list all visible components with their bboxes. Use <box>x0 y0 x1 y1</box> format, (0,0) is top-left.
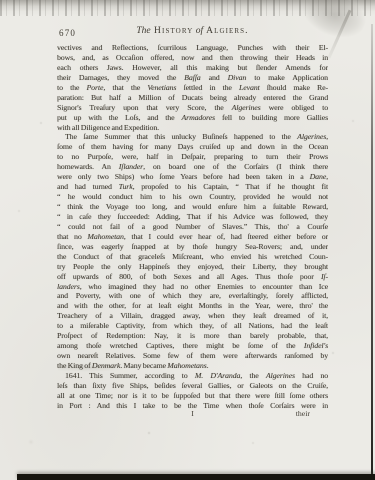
text-line: paration: But half a Million of Ducats b… <box>57 93 328 103</box>
text-line: all at one Time; nor is it to be ſuppoſe… <box>57 391 328 401</box>
scanned-book-page: 670 The History of Algiers. vectives and… <box>0 0 375 480</box>
text-line: to a miſerable Captivity, from which the… <box>57 321 328 331</box>
text-line: to the Porte, that the Venetians ſettled… <box>57 83 328 93</box>
text-line: the Conduct of that graceleſs Miſcreant,… <box>57 252 328 262</box>
text-line: bows, and, as Occaſion offered, now and … <box>57 53 328 63</box>
text-line: that no Mahometan, that I could ever hea… <box>57 232 328 242</box>
page-header: 670 The History of Algiers. <box>57 26 328 39</box>
catchword: their <box>296 409 310 418</box>
text-line: the King of Denmark. Many became Mahomet… <box>57 361 328 371</box>
scan-edge-right <box>371 24 373 480</box>
page-footer: I their <box>57 409 328 421</box>
text-line: to no Purpoſe, were, half in Deſpair, pr… <box>57 152 328 162</box>
text-line: homewards. An Iſlander, on board one of … <box>57 162 328 172</box>
text-line: 1641. This Summer, according to M. D'Ara… <box>57 371 328 381</box>
text-line: leſs than ſixty five Ships, beſides ſeve… <box>57 381 328 391</box>
text-line: landers, who imagined they had no other … <box>57 282 328 292</box>
text-line: vectives and Reflections, ſcurrilous Lan… <box>57 43 328 53</box>
text-line: “ in caſe they ſucceeded: Adding, That i… <box>57 212 328 222</box>
text-line: “ think the Voyage too long, and would e… <box>57 202 328 212</box>
scan-edge-bottom <box>17 474 375 480</box>
paper-specks <box>0 0 2 2</box>
body-text: vectives and Reflections, ſcurrilous Lan… <box>57 43 328 411</box>
text-line: The ſame Summer that this unlucky Buſine… <box>57 132 328 142</box>
text-line: Proſpect of Redemption: Nay, it is more … <box>57 331 328 341</box>
text-line: were only two Ships) who ſome Years befo… <box>57 172 328 182</box>
signature-mark: I <box>57 409 328 418</box>
text-line: put up with the Loſs, and the Armadores … <box>57 113 328 123</box>
text-line: “ he would conduct him to his own Countr… <box>57 192 328 202</box>
text-line: among thoſe wretched Captives, there mig… <box>57 341 328 351</box>
text-line: ſome of them having for many Days cruiſe… <box>57 142 328 152</box>
text-line: and Poverty, with one of which they are,… <box>57 291 328 301</box>
text-line: and with the other, for at leaſt eight M… <box>57 301 328 311</box>
text-line: each others Jaws. However, all this maki… <box>57 63 328 73</box>
text-line: ſince, was eagerly ſnapped at by thoſe h… <box>57 242 328 252</box>
text-line: own neareſt Relatives. Some few of them … <box>57 351 328 361</box>
text-line: off upwards of 800, of both Sexes and al… <box>57 272 328 282</box>
text-line: and had turned Turk, propoſed to his Cap… <box>57 182 328 192</box>
text-line: “ could not fail of a good Number of Sla… <box>57 222 328 232</box>
text-line: their Damages, they moved the Baſſa and … <box>57 73 328 83</box>
text-line: Signor's Treaſury upon that very Score, … <box>57 103 328 113</box>
text-line: try People the only Happineſs they enjoy… <box>57 262 328 272</box>
running-title: The History of Algiers. <box>57 26 328 36</box>
text-line: with all Diligence and Expedition. <box>57 123 328 133</box>
text-line: Treachery of a Villain, dragged away, wh… <box>57 311 328 321</box>
